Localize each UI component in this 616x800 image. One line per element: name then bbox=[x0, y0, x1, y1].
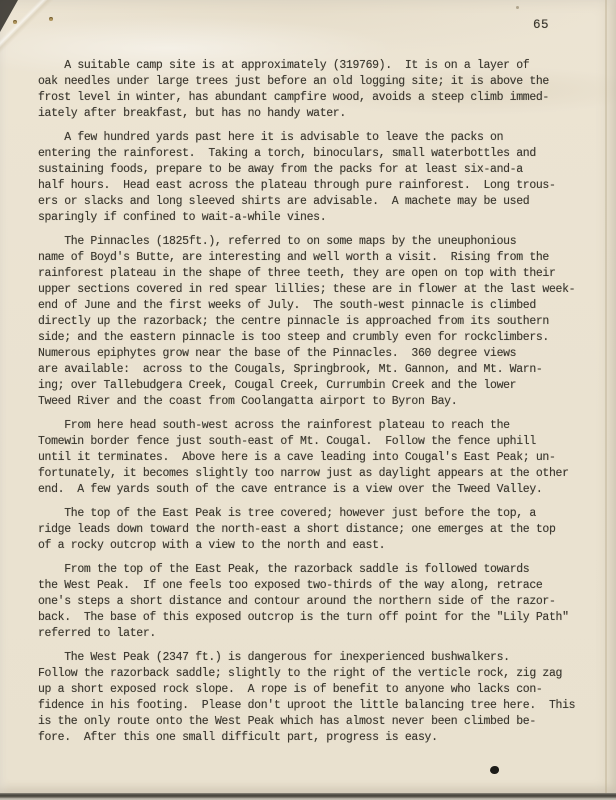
pin-hole bbox=[49, 17, 53, 21]
body-paragraph: From here head south-west across the rai… bbox=[38, 418, 590, 498]
pin-hole bbox=[13, 20, 17, 24]
paper-speck bbox=[516, 6, 519, 9]
page-number: 65 bbox=[533, 18, 549, 32]
body-paragraph: A few hundred yards past here it is advi… bbox=[38, 130, 590, 226]
page-bottom-edge bbox=[0, 793, 616, 800]
right-edge-crease bbox=[605, 0, 607, 793]
scanned-page: 65 A suitable camp site is at approximat… bbox=[0, 0, 616, 793]
body-paragraph: A suitable camp site is at approximately… bbox=[38, 58, 590, 122]
body-paragraph: The West Peak (2347 ft.) is dangerous fo… bbox=[38, 650, 590, 746]
body-paragraph: The top of the East Peak is tree covered… bbox=[38, 506, 590, 554]
body-paragraph: The Pinnacles (1825ft.), referred to on … bbox=[38, 234, 590, 410]
corner-scan-shadow bbox=[0, 0, 18, 32]
page-body-text: A suitable camp site is at approximately… bbox=[38, 58, 590, 754]
ink-dot-mark bbox=[490, 766, 499, 774]
body-paragraph: From the top of the East Peak, the razor… bbox=[38, 562, 590, 642]
